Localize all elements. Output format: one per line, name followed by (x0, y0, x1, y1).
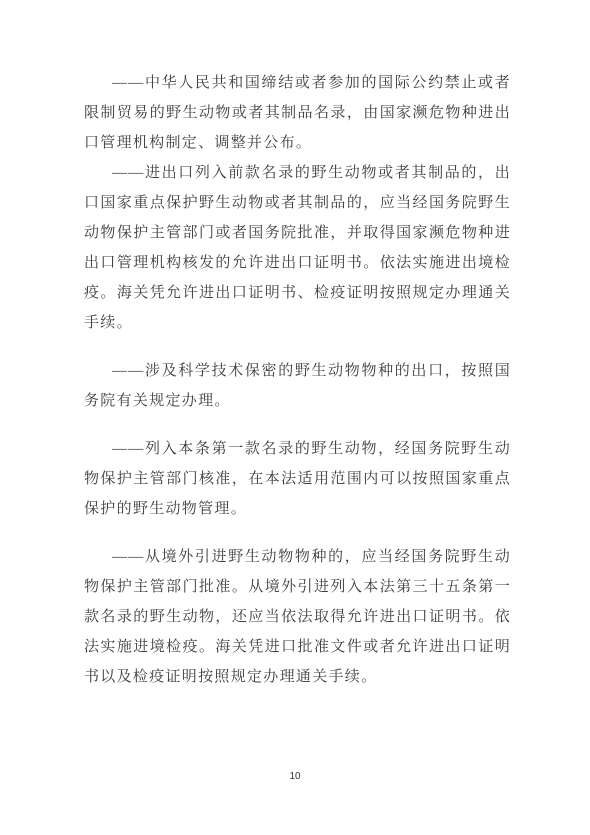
document-body: ——中华人民共和国缔结或者参加的国际公约禁止或者限制贸易的野生动物或者其制品名录… (84, 68, 511, 692)
page-number: 10 (0, 771, 590, 782)
paragraph-import-export-approval: ——进出口列入前款名录的野生动物或者其制品的，出口国家重点保护野生动物或者其制品… (84, 158, 511, 338)
paragraph-listed-wildlife-management: ——列入本条第一款名录的野生动物，经国务院野生动物保护主管部门核准，在本法适用范… (84, 434, 511, 524)
paragraph-overseas-introduction: ——从境外引进野生动物物种的，应当经国务院野生动物保护主管部门批准。从境外引进列… (84, 542, 511, 692)
document-page: ——中华人民共和国缔结或者参加的国际公约禁止或者限制贸易的野生动物或者其制品名录… (0, 0, 590, 835)
paragraph-international-conventions-list: ——中华人民共和国缔结或者参加的国际公约禁止或者限制贸易的野生动物或者其制品名录… (84, 68, 511, 158)
paragraph-science-tech-secrecy: ——涉及科学技术保密的野生动物物种的出口，按照国务院有关规定办理。 (84, 356, 511, 416)
